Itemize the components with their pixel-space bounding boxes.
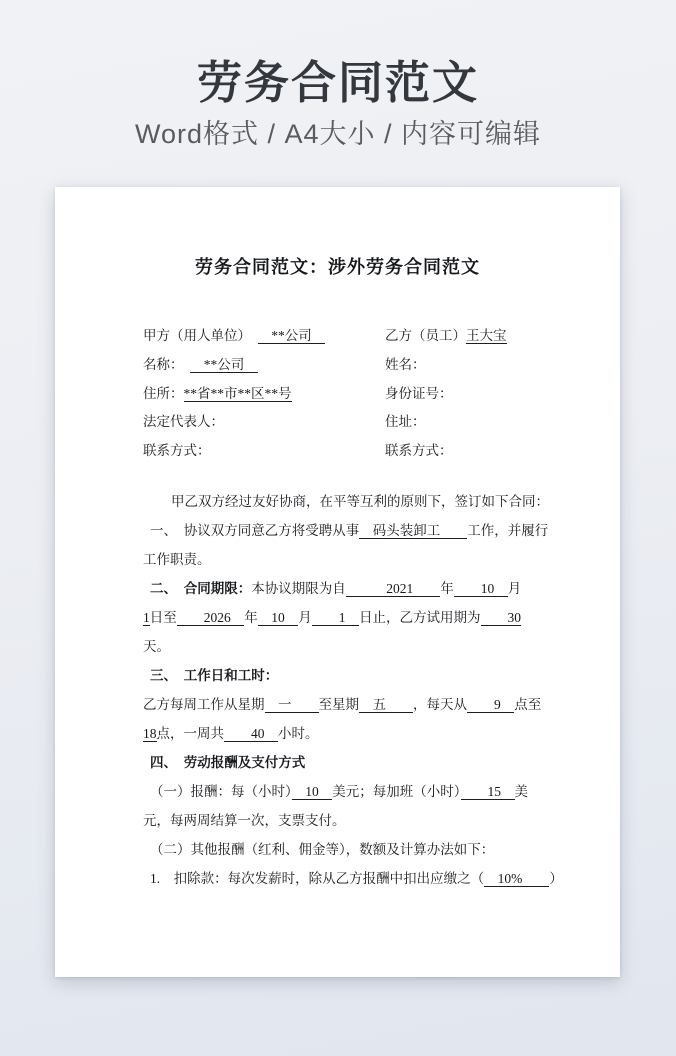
contract-line-filled-blank: 10	[292, 784, 333, 800]
party-left-text: 甲方（用人单位）	[143, 328, 244, 343]
contract-line-text: 日至	[150, 610, 177, 625]
party-cell-left: 联系方式：	[143, 439, 385, 459]
contract-line-filled-blank: 10	[258, 610, 299, 626]
party-left-text: 住所：	[143, 386, 184, 401]
contract-line: 元，每两周结算一次，支票支付。	[143, 806, 580, 835]
contract-line-text: 三、 工作日和工时：	[150, 668, 278, 683]
contract-line-text: 天。	[143, 639, 170, 654]
contract-line-text: 乙方每周工作从星期	[143, 697, 265, 712]
contract-line: 1. 扣除款：每次发薪时，除从乙方报酬中扣出应缴之（ 10% ）	[143, 864, 580, 893]
contract-title: 劳务合同范文：涉外劳务合同范文	[55, 255, 620, 279]
contract-line-text: 年	[244, 610, 258, 625]
contract-line: （一）报酬：每（小时） 10 美元；每加班（小时） 15 美	[143, 777, 580, 806]
contract-line-filled-blank: 10	[454, 581, 508, 597]
party-cell-right: 联系方式：	[385, 439, 580, 459]
contract-line: 1日至 2026 年 10 月 1 日止，乙方试用期为 30	[143, 603, 580, 632]
party-right-text: 住址：	[385, 414, 426, 429]
contract-line-filled-blank: 2021	[346, 581, 441, 597]
contract-line-filled-blank: 15	[461, 784, 515, 800]
contract-line: 乙方每周工作从星期 一 至星期 五 ，每天从 9 点至	[143, 690, 580, 719]
contract-line-text: 至星期	[319, 697, 360, 712]
contract-line-text: 本协议期限为自	[251, 581, 346, 596]
party-left-filled-blank: **省**市**区**号	[184, 386, 292, 402]
party-left-filled-blank: **公司	[190, 357, 258, 373]
contract-line-text: 工作，并履行	[467, 523, 548, 538]
contract-line-filled-blank: 10%	[484, 871, 549, 887]
contract-line-text: 日止，乙方试用期为	[359, 610, 481, 625]
contract-line-text: 小时。	[278, 726, 319, 741]
party-cell-right: 住址：	[385, 410, 580, 430]
contract-line: 甲乙双方经过友好协商，在平等互利的原则下，签订如下合同：	[143, 487, 580, 516]
banner-subtitle: Word格式 / A4大小 / 内容可编辑	[0, 120, 676, 149]
party-left-text: 法定代表人：	[143, 414, 224, 429]
contract-line-text: 一、 协议双方同意乙方将受聘从事	[150, 523, 359, 538]
contract-line-text: ，每天从	[413, 697, 467, 712]
contract-line-text: 二、 合同期限：	[150, 581, 251, 596]
promo-banner: 劳务合同范文 Word格式 / A4大小 / 内容可编辑	[0, 0, 676, 149]
contract-line: 工作职责。	[143, 545, 580, 574]
contract-line-filled-blank: 1	[312, 610, 359, 626]
party-left-filled-blank: **公司	[258, 328, 326, 344]
party-cell-left: 名称： **公司	[143, 353, 385, 373]
contract-line: 18点，一周共 40 小时。	[143, 719, 580, 748]
contract-line-text: 点至	[514, 697, 541, 712]
party-left-text: 名称：	[143, 357, 190, 372]
contract-line-filled-blank: 9	[467, 697, 514, 713]
contract-line-filled-blank: 30	[481, 610, 522, 626]
contract-line-text: 四、 劳动报酬及支付方式	[150, 755, 305, 770]
party-cell-left: 甲方（用人单位） **公司	[143, 324, 385, 344]
contract-line: （二）其他报酬（红利、佣金等），数额及计算办法如下：	[143, 835, 580, 864]
contract-line: 三、 工作日和工时：	[143, 661, 580, 690]
party-row: 名称： **公司 姓名：	[143, 349, 580, 378]
party-cell-left: 住所：**省**市**区**号	[143, 382, 385, 402]
party-row: 住所：**省**市**区**号身份证号：	[143, 377, 580, 406]
contract-line-filled-blank: 五	[359, 697, 413, 713]
contract-line-filled-blank: 一	[265, 697, 319, 713]
party-row: 联系方式：联系方式：	[143, 435, 580, 464]
party-left-text	[244, 328, 258, 343]
party-cell-right: 身份证号：	[385, 382, 580, 402]
contract-line: 四、 劳动报酬及支付方式	[143, 748, 580, 777]
contract-line-text: 工作职责。	[143, 552, 211, 567]
party-right-text: 联系方式：	[385, 443, 453, 458]
party-info-block: 甲方（用人单位） **公司 乙方（员工）王大宝名称： **公司 姓名：住所：**…	[143, 320, 580, 463]
contract-line-text: 1. 扣除款：每次发薪时，除从乙方报酬中扣出应缴之（	[150, 871, 484, 886]
contract-line-text: 美元；每加班（小时）	[332, 784, 460, 799]
contract-line-text: 元，每两周结算一次，支票支付。	[143, 813, 346, 828]
contract-body: 甲乙双方经过友好协商，在平等互利的原则下，签订如下合同：一、 协议双方同意乙方将…	[143, 487, 580, 893]
contract-line-text: 年	[440, 581, 454, 596]
contract-line-text: ）	[549, 871, 563, 886]
banner-title: 劳务合同范文	[0, 60, 676, 106]
party-right-filled-blank: 王大宝	[466, 328, 507, 344]
party-cell-right: 乙方（员工）王大宝	[385, 324, 580, 344]
contract-line-filled-blank: 18	[143, 726, 157, 742]
contract-line-text: （二）其他报酬（红利、佣金等），数额及计算办法如下：	[150, 842, 494, 857]
contract-line-text: 甲乙双方经过友好协商，在平等互利的原则下，签订如下合同：	[171, 494, 549, 509]
contract-document: 劳务合同范文：涉外劳务合同范文 甲方（用人单位） **公司 乙方（员工）王大宝名…	[55, 187, 620, 977]
contract-line-filled-blank: 2026	[177, 610, 245, 626]
party-row: 法定代表人：住址：	[143, 406, 580, 435]
party-right-text: 乙方（员工）	[385, 328, 466, 343]
party-left-text: 联系方式：	[143, 443, 211, 458]
contract-line-text: 点，一周共	[157, 726, 225, 741]
contract-line-filled-blank: 码头装卸工	[359, 523, 467, 539]
party-row: 甲方（用人单位） **公司 乙方（员工）王大宝	[143, 320, 580, 349]
contract-line: 一、 协议双方同意乙方将受聘从事 码头装卸工 工作，并履行	[143, 516, 580, 545]
contract-page: 劳务合同范文：涉外劳务合同范文 甲方（用人单位） **公司 乙方（员工）王大宝名…	[55, 187, 620, 977]
contract-line: 天。	[143, 632, 580, 661]
contract-line-filled-blank: 40	[224, 726, 278, 742]
contract-line-text: 月	[298, 610, 312, 625]
contract-line-text: （一）报酬：每（小时）	[150, 784, 292, 799]
contract-line-filled-blank: 1	[143, 610, 150, 626]
contract-line-text: 美	[515, 784, 529, 799]
party-cell-right: 姓名：	[385, 353, 580, 373]
party-cell-left: 法定代表人：	[143, 410, 385, 430]
contract-line: 二、 合同期限：本协议期限为自 2021 年 10 月	[143, 574, 580, 603]
party-right-text: 身份证号：	[385, 386, 453, 401]
contract-line-text: 月	[508, 581, 522, 596]
party-right-text: 姓名：	[385, 357, 426, 372]
